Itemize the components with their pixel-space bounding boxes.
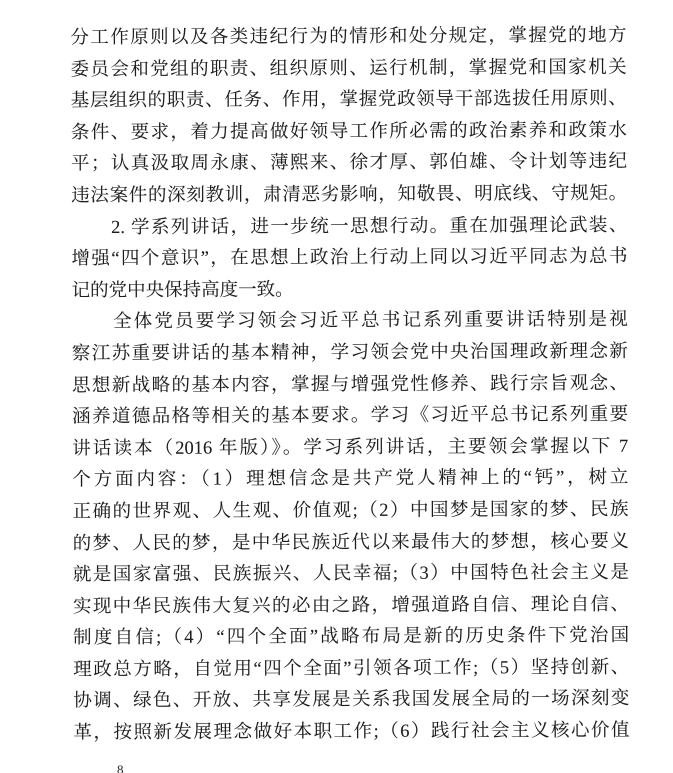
- text-line: 正确的世界观、人生观、价值观;（2）中国梦是国家的梦、民族: [72, 495, 628, 529]
- text-line: 委员会和党组的职责、组织原则、运行机制，掌握党和国家机关: [71, 52, 627, 86]
- text-line: 分工作原则以及各类违纪行为的情形和处分规定，掌握党的地方: [70, 21, 626, 55]
- text-line: 理政总方略，自觉用“四个全面”引领各项工作;（5）坚持创新、: [73, 653, 629, 687]
- text-line: 实现中华民族伟大复兴的必由之路，增强道路自信、理论自信、: [73, 589, 629, 623]
- text-line: 讲话读本（2016 年版）》。学习系列讲话，主要领会掌握以下 7: [72, 432, 628, 466]
- text-line: 察江苏重要讲话的基本精神，学习领会党中央治国理政新理念新: [72, 337, 628, 371]
- text-line: 增强“四个意识”，在思想上政治上行动上同以习近平同志为总书: [71, 242, 627, 276]
- text-line: 涵养道德品格等相关的基本要求。学习《习近平总书记系列重要: [72, 400, 628, 434]
- text-block: 分工作原则以及各类违纪行为的情形和处分规定，掌握党的地方委员会和党组的职责、组织…: [70, 21, 629, 750]
- text-line: 基层组织的职责、任务、作用，掌握党政领导干部选拔任用原则、: [71, 84, 627, 118]
- text-line: 全体党员要学习领会习近平总书记系列重要讲话特别是视: [72, 305, 628, 339]
- text-line: 2. 学系列讲话，进一步统一思想行动。重在加强理论武装、: [71, 210, 627, 244]
- text-line: 制度自信;（4）“四个全面”战略布局是新的历史条件下党治国: [73, 621, 629, 655]
- text-line: 思想新战略的基本内容，掌握与增强党性修养、践行宗旨观念、: [72, 368, 628, 402]
- text-line: 记的党中央保持高度一致。: [72, 274, 628, 308]
- text-line: 平；认真汲取周永康、薄熙来、徐才厚、郭伯雄、令计划等违纪: [71, 147, 627, 181]
- text-line: 条件、要求，着力提高做好领导工作所必需的政治素养和政策水: [71, 116, 627, 150]
- text-line: 违法案件的深刻教训，肃清恶劣影响，知敬畏、明底线、守规矩。: [71, 179, 627, 213]
- text-line: 的梦、人民的梦，是中华民族近代以来最伟大的梦想，核心要义: [73, 526, 629, 560]
- text-line: 革，按照新发展理念做好本职工作;（6）践行社会主义核心价值: [73, 716, 629, 750]
- text-line: 就是国家富强、民族振兴、人民幸福;（3）中国特色社会主义是: [73, 558, 629, 592]
- document-page: 分工作原则以及各类违纪行为的情形和处分规定，掌握党的地方委员会和党组的职责、组织…: [0, 0, 673, 773]
- text-line: 个方面内容：（1）理想信念是共产党人精神上的“钙”，树立: [72, 463, 628, 497]
- partial-page-number: 8: [117, 763, 124, 773]
- text-line: 协调、绿色、开放、共享发展是关系我国发展全局的一场深刻变: [73, 684, 629, 718]
